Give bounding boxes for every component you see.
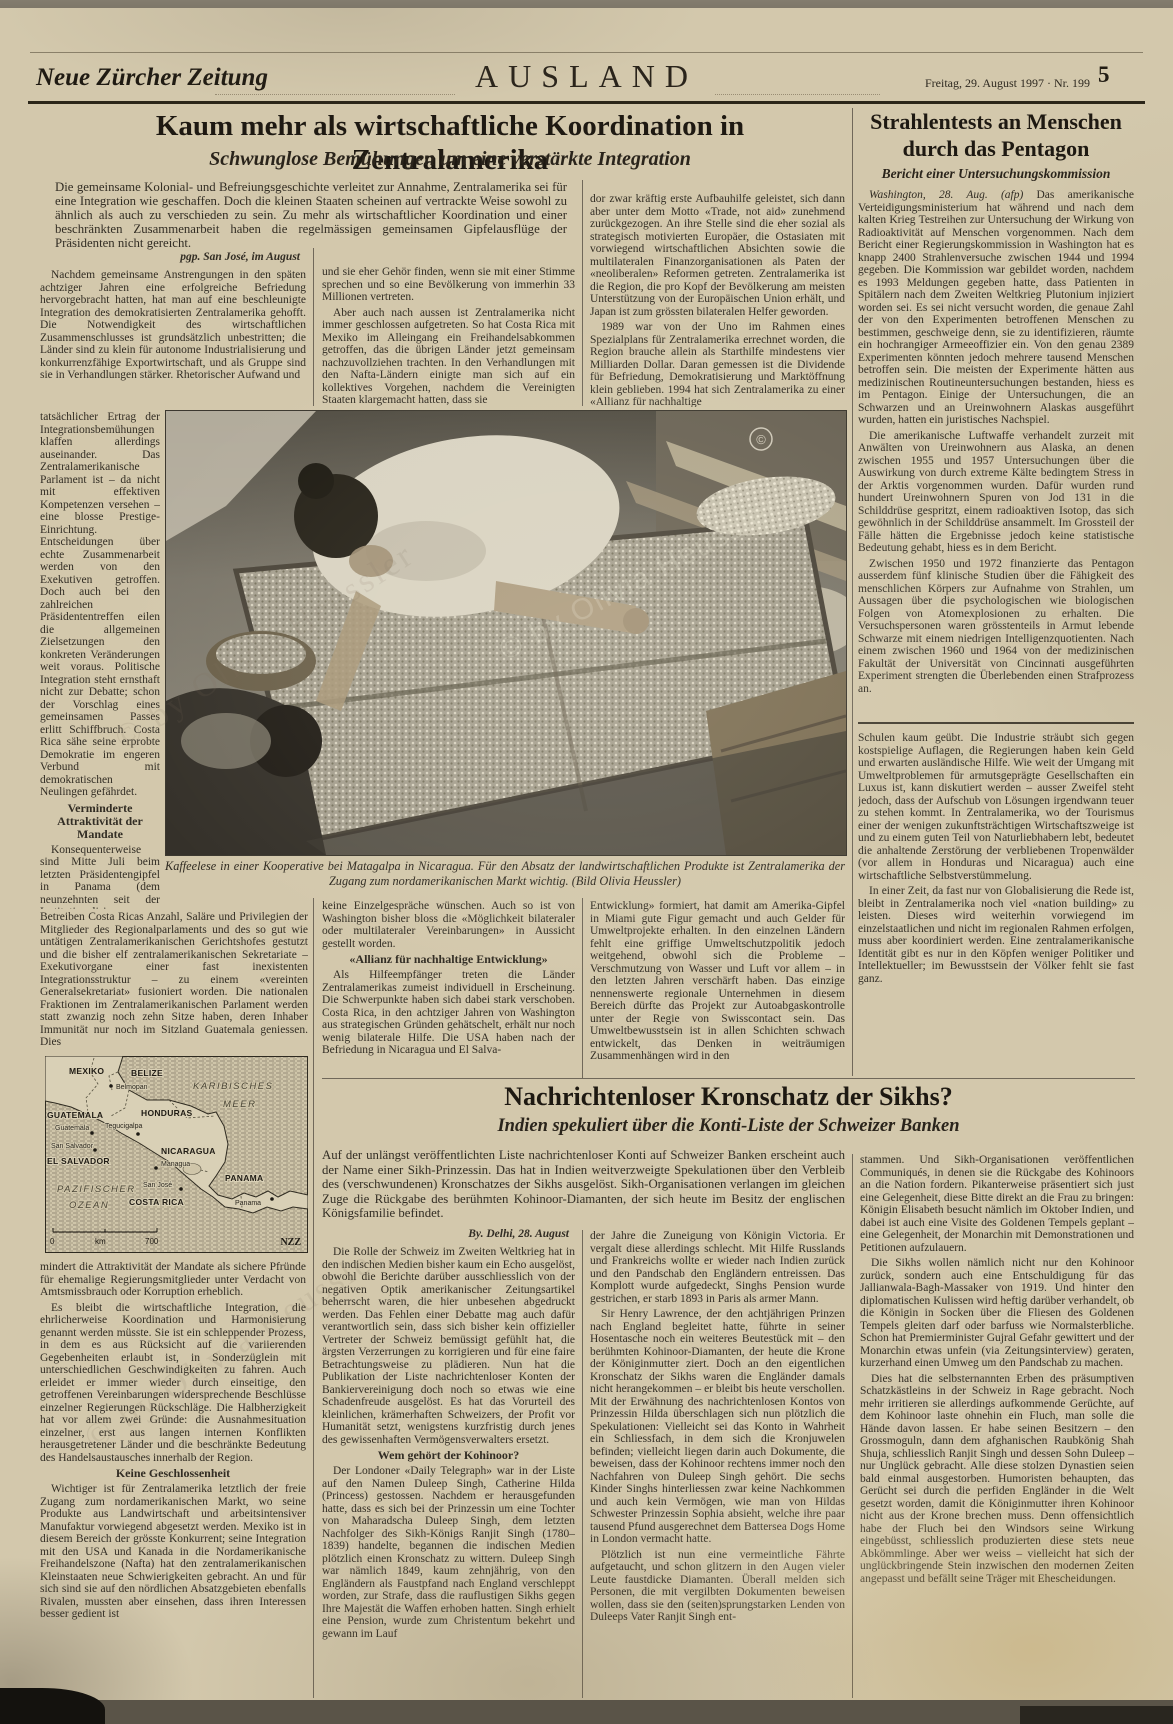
article-column: der Jahre die Zuneigung von Königin Vict… <box>590 1230 845 1698</box>
pentagon-headline-line2: durch das Pentagon <box>903 136 1090 161</box>
map-city-san-salvador: San Salvador <box>51 1143 94 1150</box>
article-photo: © © by Olivia Heussler <box>165 410 847 856</box>
paragraph: Aber auch nach aussen ist Zentralamerika… <box>322 307 575 407</box>
article-dateline: Washington, 28. Aug. (afp) <box>869 189 1023 201</box>
paragraph: und sie eher Gehör finden, wenn sie mit … <box>322 266 575 304</box>
scan-edge-shadow <box>1020 1706 1173 1724</box>
map-central-america: MEXIKO BELIZE GUATEMALA HONDURAS NICARAG… <box>45 1056 308 1253</box>
svg-text:©: © <box>756 432 766 447</box>
paragraph: In einer Zeit, da fast nur von Globalisi… <box>858 885 1134 985</box>
map-label-guatemala: GUATEMALA <box>47 1110 103 1120</box>
lead-paragraph: Die gemeinsame Kolonial- und Befreiungsg… <box>55 180 567 250</box>
photo-illustration: © © by Olivia Heussler <box>166 411 846 855</box>
paragraph: 1989 war von der Uno im Rahmen eines Spe… <box>590 321 845 407</box>
map-label-nicaragua: NICARAGUA <box>161 1146 216 1156</box>
paragraph: Plötzlich ist nun eine vermeintliche Fäh… <box>590 1549 845 1624</box>
sikh-headline: Nachrichtenloser Kronschatz der Sikhs? <box>322 1082 1135 1112</box>
paragraph: Das amerikanische Verteidigungsministeri… <box>858 189 1134 426</box>
article-column: Die Rolle der Schweiz im Zweiten Weltkri… <box>322 1246 575 1698</box>
paragraph: Dies hat die selbsternannten Erben des p… <box>860 1373 1134 1586</box>
page-number: 5 <box>1098 62 1138 88</box>
paragraph: keine Einzelgespräche wünschen. Auch so … <box>322 900 575 950</box>
newspaper-page: Neue Zürcher Zeitung AUSLAND Freitag, 29… <box>0 8 1173 1700</box>
photo-credit: (Bild Olivia Heussler) <box>572 874 681 888</box>
paragraph: stammen. Und Sikh-Organisationen veröffe… <box>860 1154 1134 1254</box>
article-column: stammen. Und Sikh-Organisationen veröffe… <box>860 1154 1134 1698</box>
map-scale-zero: 0 <box>50 1237 55 1246</box>
map-city-belmopan: Belmopan <box>116 1084 148 1091</box>
column-rule <box>852 108 853 1076</box>
byline: pgp. San José, im August <box>40 251 300 263</box>
sikh-lead: Auf der unlängst veröffentlichten Liste … <box>322 1148 845 1222</box>
article-column-narrow: tatsächlicher Ertrag der Integrationsbem… <box>40 411 160 909</box>
article-separator-rule <box>322 1078 1135 1079</box>
paragraph: Der Londoner «Daily Telegraph» war in de… <box>322 1465 575 1640</box>
paragraph: Konsequenterweise sind Mitte Juli beim l… <box>40 844 160 910</box>
header-thick-rule <box>28 101 1145 104</box>
map-label-costa-rica: COSTA RICA <box>129 1197 184 1207</box>
article-column: keine Einzelgespräche wünschen. Auch so … <box>322 900 575 1077</box>
column-rule <box>852 1154 853 1698</box>
column-rule <box>582 898 583 1078</box>
map-credit: NZZ <box>280 1237 301 1248</box>
map-city-tegucigalpa: Tegucigalpa <box>105 1123 142 1130</box>
map-sea-ozean: OZEAN <box>69 1200 109 1211</box>
article-separator-rule <box>858 722 1134 724</box>
sikh-byline: By. Delhi, 28. August <box>322 1228 569 1240</box>
map-label-panama: PANAMA <box>225 1173 263 1183</box>
map-city-managua: Managua <box>161 1161 190 1168</box>
article-column: und sie eher Gehör finden, wenn sie mit … <box>322 266 575 408</box>
map-sea-meer: MEER <box>223 1099 256 1110</box>
column-subhead: Wem gehört der Kohinoor? <box>322 1449 575 1462</box>
article-column: Entwicklung» formiert, hat damit am Amer… <box>590 900 845 1077</box>
pentagon-headline-line1: Strahlentests an Menschen <box>870 109 1122 134</box>
paragraph: Die Rolle der Schweiz im Zweiten Weltkri… <box>322 1246 575 1446</box>
article-column: Nachdem gemeinsame Anstrengungen in den … <box>40 269 306 408</box>
caption-text: Kaffeelese in einer Kooperative bei Mata… <box>165 859 845 888</box>
header-top-rule <box>30 52 1143 53</box>
paragraph: Wichtiger ist für Zentralamerika letztli… <box>40 1483 306 1621</box>
map-label-el-salvador: EL SALVADOR <box>47 1156 110 1166</box>
map-label-honduras: HONDURAS <box>141 1108 193 1118</box>
column-rule <box>313 898 314 1698</box>
map-label-belize: BELIZE <box>131 1068 163 1078</box>
column-subhead: Keine Geschlossenheit <box>40 1467 306 1480</box>
pentagon-subheadline: Bericht einer Untersuchungskommission <box>850 166 1142 182</box>
paragraph: Es bleibt die wirtschaftliche Integratio… <box>40 1302 306 1465</box>
main-subheadline: Schwunglose Bemühungen um eine verstärkt… <box>55 148 845 171</box>
photo-caption: Kaffeelese in einer Kooperative bei Mata… <box>165 859 845 889</box>
paragraph: mindert die Attraktivität der Mandate al… <box>40 1261 306 1299</box>
lead-text: Auf der unlängst veröffentlichten Liste … <box>322 1148 845 1221</box>
paragraph: Sir Henry Lawrence, der den achtjährigen… <box>590 1308 845 1546</box>
article-column: Betreiben Costa Ricas Anzahl, Saläre und… <box>40 911 308 1054</box>
lead-text: Die gemeinsame Kolonial- und Befreiungsg… <box>55 180 567 250</box>
column-rule <box>582 180 583 406</box>
map-sea-pazifischer: PAZIFISCHER <box>57 1184 136 1195</box>
newspaper-scan: Neue Zürcher Zeitung AUSLAND Freitag, 29… <box>0 0 1173 1724</box>
pentagon-headline: Strahlentests an Menschen durch das Pent… <box>850 108 1142 162</box>
column-subhead: «Allianz für nachhaltige Entwicklung» <box>322 953 575 966</box>
paragraph: Entwicklung» formiert, hat damit am Amer… <box>590 900 845 1063</box>
paragraph: Die amerikanische Luftwaffe verhandelt z… <box>858 430 1134 555</box>
column-rule <box>313 248 314 406</box>
article-column: Schulen kaum geübt. Die Industrie sträub… <box>858 732 1134 1072</box>
map-city-panama: Panama <box>235 1200 261 1207</box>
article-column: mindert die Attraktivität der Mandate al… <box>40 1261 306 1698</box>
map-city-guatemala: Guatemala <box>55 1125 89 1132</box>
paragraph: dor zwar kräftig erste Aufbauhilfe gelei… <box>590 193 845 318</box>
paragraph: tatsächlicher Ertrag der Integrationsbem… <box>40 411 160 799</box>
map-label-mexiko: MEXIKO <box>69 1066 104 1076</box>
map-scale-value: 700 <box>145 1237 159 1246</box>
map-scale-unit: km <box>95 1237 106 1246</box>
sikh-subheadline: Indien spekuliert über die Konti-Liste d… <box>322 1116 1135 1137</box>
paragraph: Betreiben Costa Ricas Anzahl, Saläre und… <box>40 911 308 1049</box>
paragraph: Nachdem gemeinsame Anstrengungen in den … <box>40 269 306 382</box>
column-subhead: Verminderte Attraktivität der Mandate <box>40 802 160 841</box>
map-sea-karibisches: KARIBISCHES <box>193 1081 273 1092</box>
paragraph: der Jahre die Zuneigung von Königin Vict… <box>590 1230 845 1305</box>
paragraph: Zwischen 1950 und 1972 finanzierte das P… <box>858 558 1134 696</box>
map-city-san-jose: San José <box>143 1182 172 1189</box>
paragraph: Die Sikhs wollen nämlich nicht nur den K… <box>860 1257 1134 1370</box>
article-column: dor zwar kräftig erste Aufbauhilfe gelei… <box>590 193 845 407</box>
issue-dateline: Freitag, 29. August 1997 · Nr. 199 <box>860 76 1090 91</box>
pentagon-body: Washington, 28. Aug. (afp) Das amerikani… <box>858 189 1134 719</box>
paragraph: Schulen kaum geübt. Die Industrie sträub… <box>858 732 1134 882</box>
paragraph: Als Hilfeempfänger treten die Länder Zen… <box>322 969 575 1057</box>
column-rule <box>582 1230 583 1698</box>
